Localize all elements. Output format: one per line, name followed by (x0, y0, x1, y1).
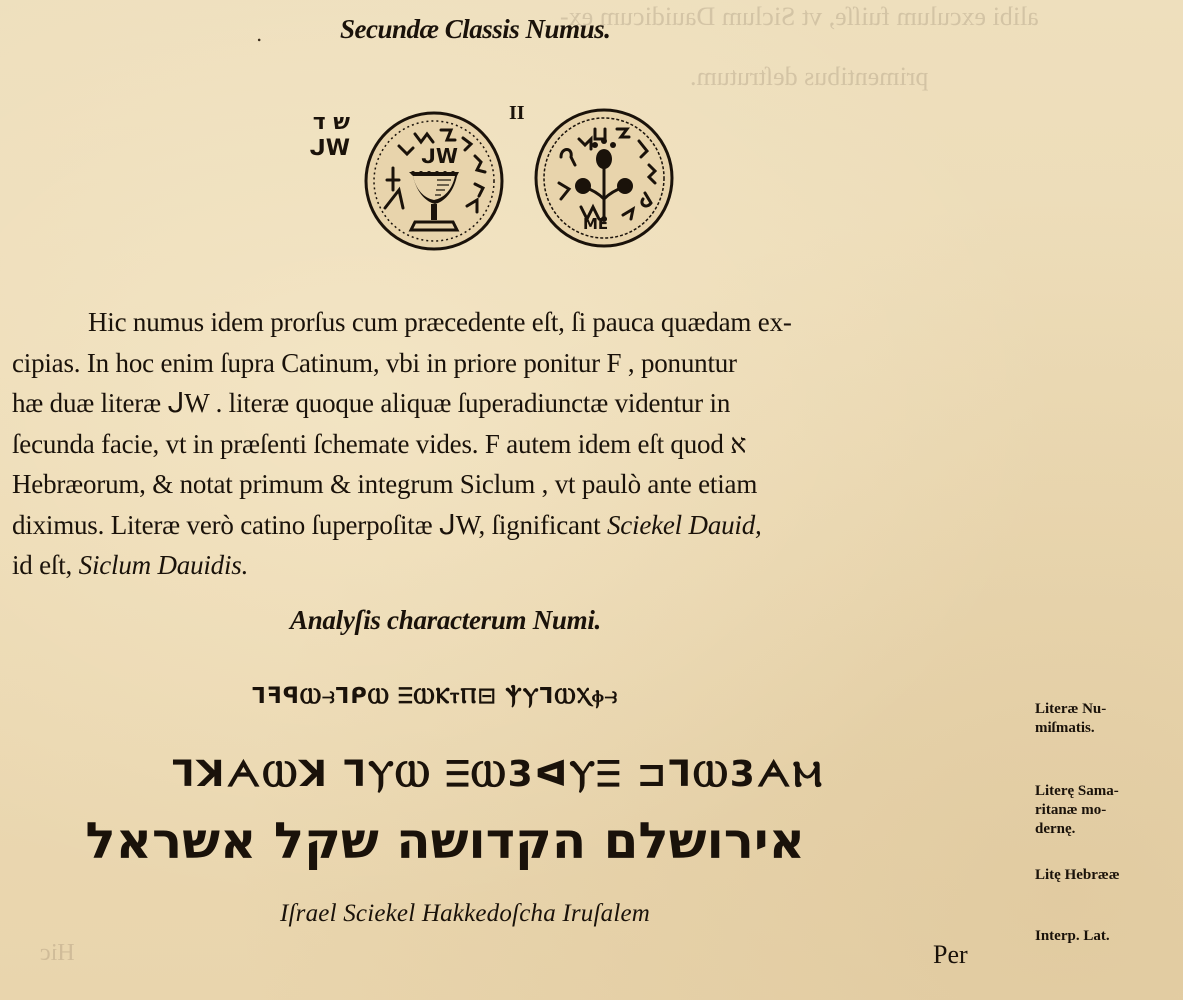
body-paragraph: Hic numus idem prorſus cum præcedente eſ… (12, 302, 1032, 586)
coin-hebrew-label-line2: ᒍW (300, 136, 350, 162)
paragraph-line-text: id eſt, (12, 550, 79, 580)
book-page: alibi exculum fuiſſe, vt Siclum Dauidicu… (0, 0, 1183, 1000)
coin-number-label: II (509, 102, 525, 125)
coin-hebrew-label: ש ד ᒍW (300, 110, 350, 162)
paragraph-line: diximus. Literæ verò catino ſuperpoſitæ … (12, 505, 1032, 546)
samaritan-script-row: ᒣꓘᗅⲰꓘ ᒣⲨⲰ ⲶⲰ3ᐊⲨⲶ ⊐ᒣⲰ3ᗅⲘ (172, 748, 824, 797)
coin-obverse-chalice-icon: ᒍW (363, 110, 505, 252)
header-dot: . (256, 22, 262, 46)
show-through-text: alibi exculum fuiſſe, vt Siclum Dauidicu… (560, 2, 1039, 32)
ancient-script-row: ᒣꟻꟼⲰ⥽ᒣᑭⲰ ⲶⲰⲔⲧⲠ⊟ ⲮⲨᒣⲰⲬⲫ⥽ (252, 680, 618, 710)
paragraph-line: cipias. In hoc enim ſupra Catinum, vbi i… (12, 343, 1032, 384)
show-through-text: primentibus deſtrutum. (690, 62, 928, 92)
paragraph-italic-term: Sciekel Dauid, (607, 510, 762, 540)
margin-note-line: Interp. Lat. (1035, 927, 1155, 946)
hebrew-script-row: אירושלם הקדושה שקל אשראל (215, 812, 805, 870)
coin-reverse-pomegranate-icon: ME (533, 107, 675, 249)
margin-note-line: Literæ Nu- (1035, 700, 1155, 719)
margin-note-line: miſmatis. (1035, 719, 1155, 738)
margin-note-numismatic-letters: Literæ Nu- miſmatis. (1035, 700, 1155, 738)
show-through-text: Hic (40, 940, 75, 967)
latin-transliteration: Iſrael Sciekel Hakkedoſcha Iruſalem (280, 900, 650, 928)
paragraph-italic-term: Siclum Dauidis. (79, 550, 249, 580)
paragraph-line: id eſt, Siclum Dauidis. (12, 545, 1032, 586)
margin-note-latin-interpretation: Interp. Lat. (1035, 927, 1155, 946)
margin-note-line: ritanæ mo- (1035, 801, 1155, 820)
page-title: Secundæ Classis Numus. (340, 14, 610, 45)
paragraph-line: Hic numus idem prorſus cum præcedente eſ… (12, 302, 1032, 343)
paragraph-line: ſecunda facie, vt in præſenti ſchemate v… (12, 424, 1032, 465)
coin-hebrew-label-line1: ש ד (300, 110, 350, 136)
analysis-heading: Analyſis characterum Numi. (290, 605, 601, 636)
svg-text:ᒍW: ᒍW (421, 144, 458, 168)
margin-note-line: Literę Sama- (1035, 782, 1155, 801)
margin-note-hebrew-letters: Litę Hebrææ (1035, 866, 1155, 885)
catchword: Per (933, 940, 968, 970)
paragraph-line-text: diximus. Literæ verò catino ſuperpoſitæ … (12, 510, 600, 540)
margin-note-line: Litę Hebrææ (1035, 866, 1155, 885)
paragraph-line: hæ duæ literæ ᒍW . literæ quoque aliquæ … (12, 383, 1032, 424)
margin-note-samaritan-letters: Literę Sama- ritanæ mo- dernę. (1035, 782, 1155, 839)
paragraph-line: Hebræorum, & notat primum & integrum Sic… (12, 464, 1032, 505)
margin-note-line: dernę. (1035, 820, 1155, 839)
